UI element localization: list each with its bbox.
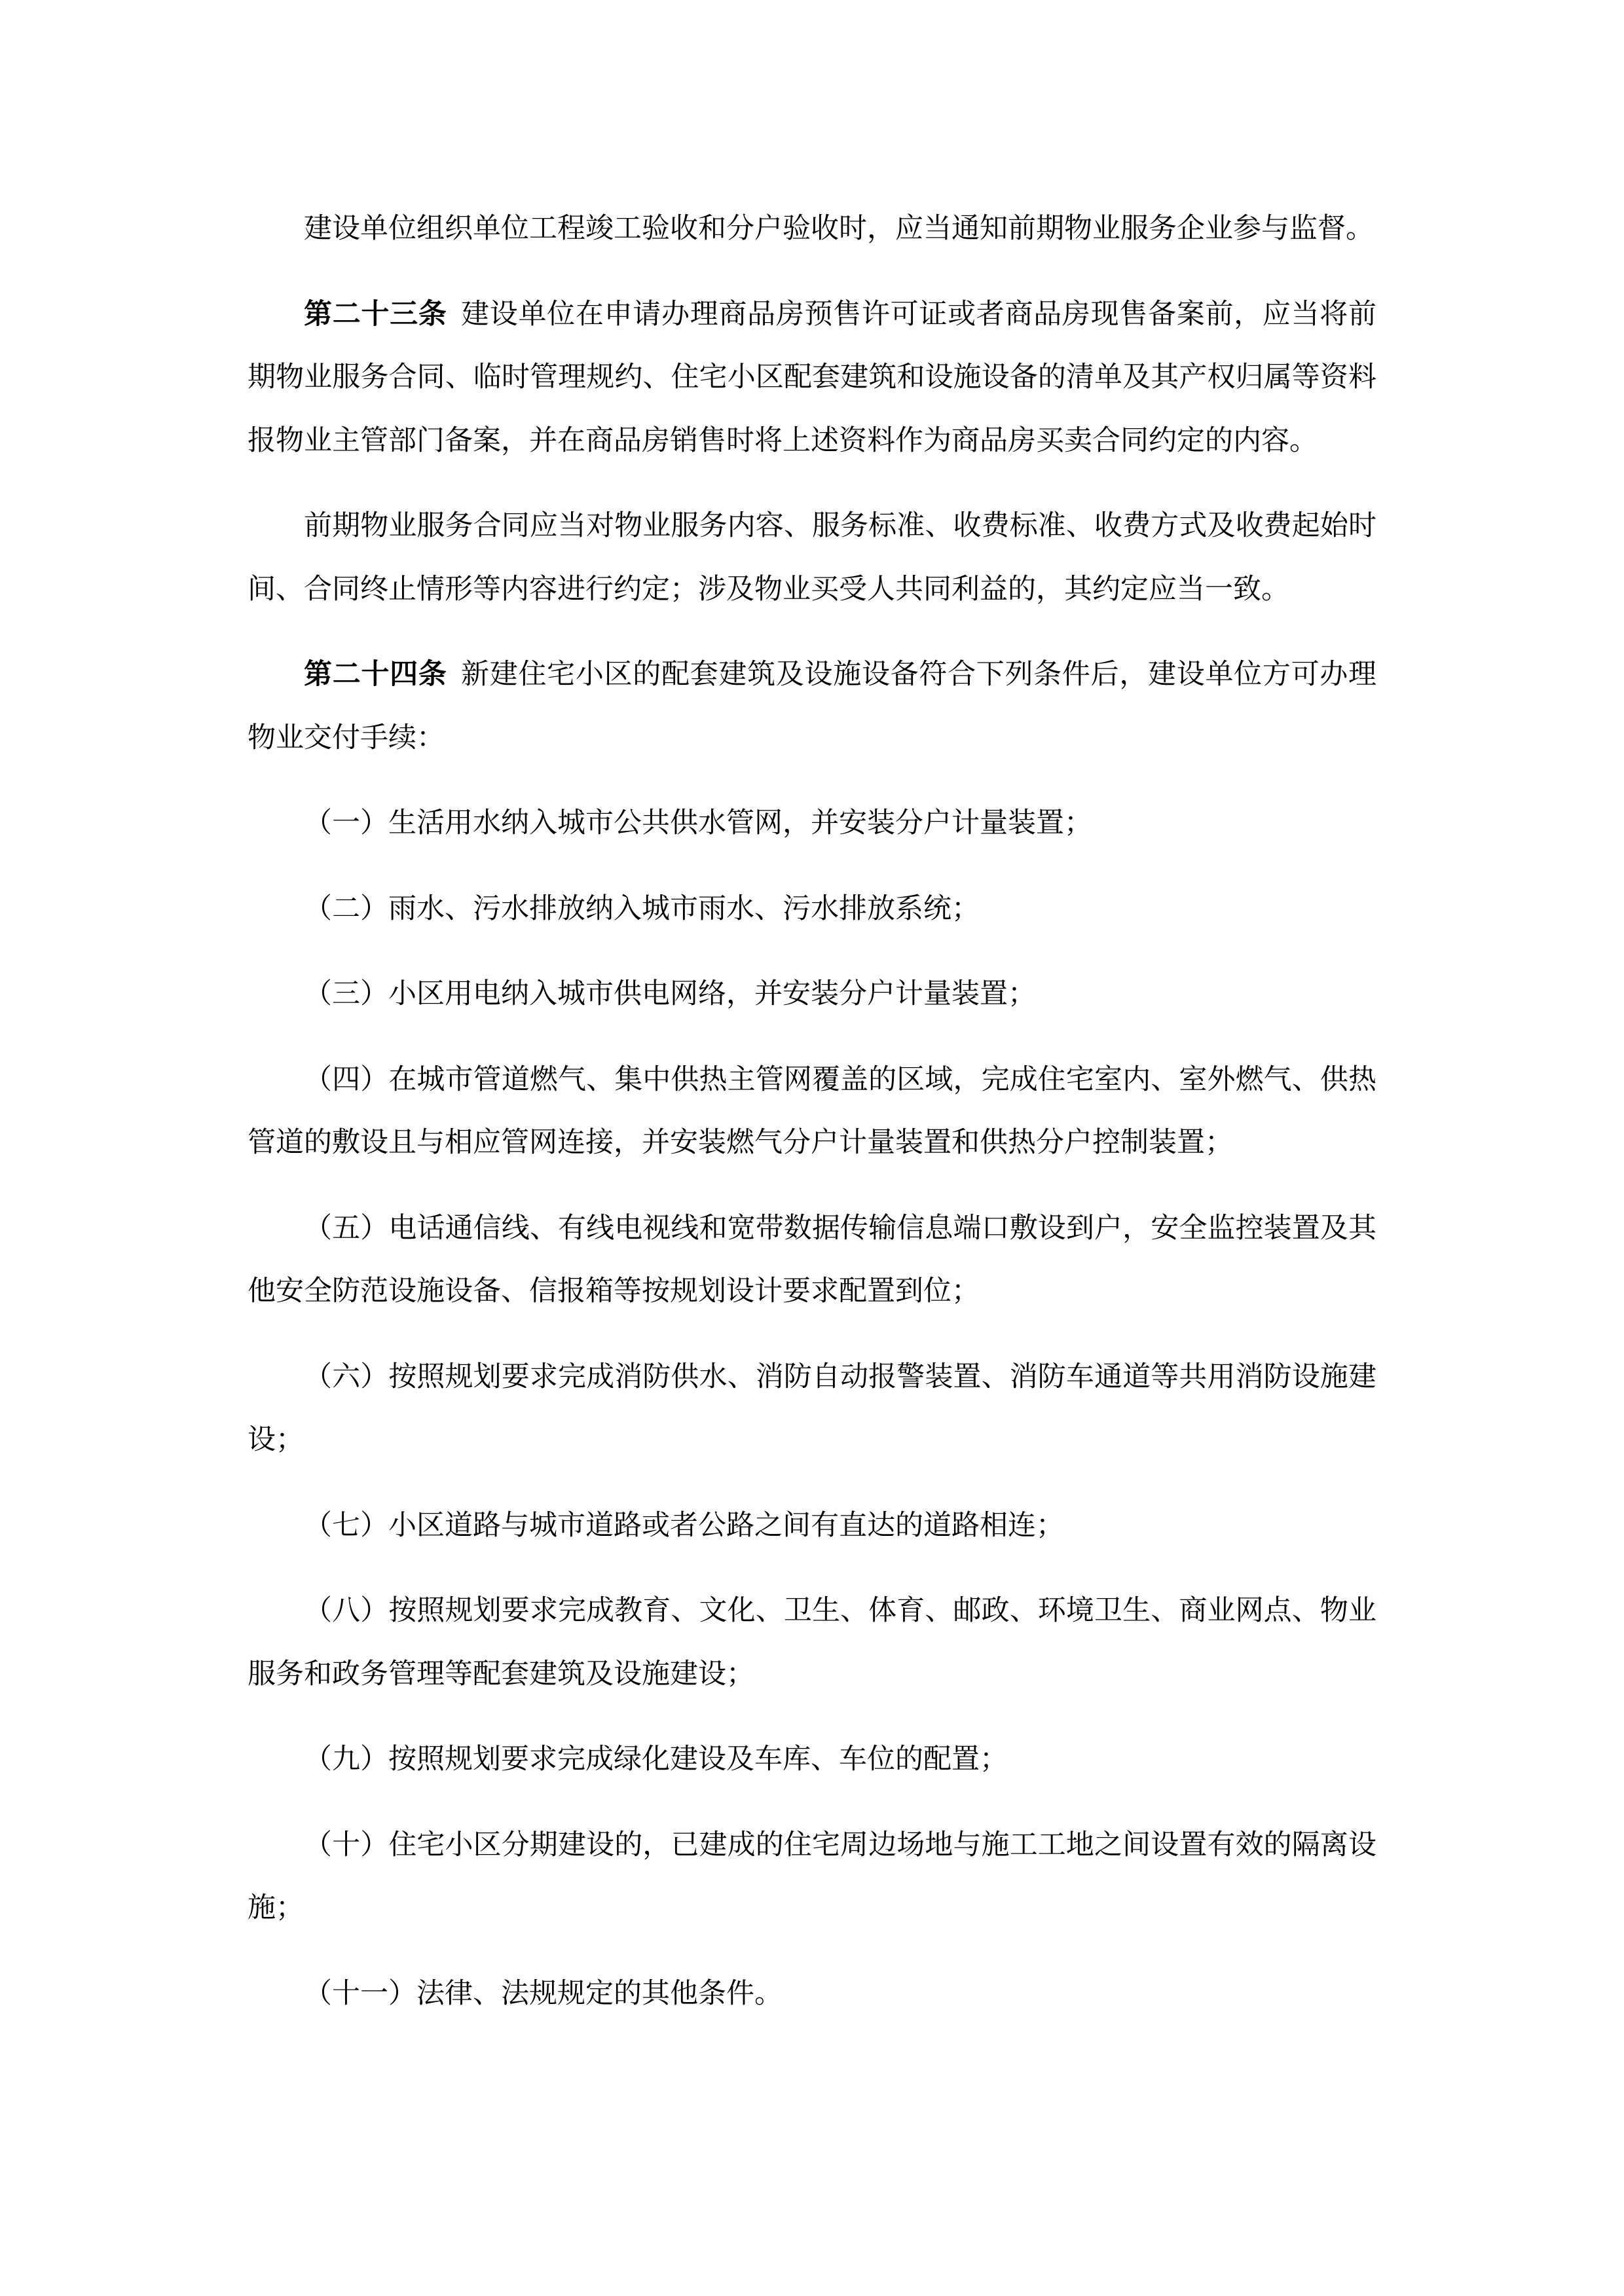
article-paragraph: 第二十三条 建设单位在申请办理商品房预售许可证或者商品房现售备案前，应当将前期物… [248,283,1376,473]
paragraph: （七）小区道路与城市道路或者公路之间有直达的道路相连； [248,1495,1376,1558]
document-page: 建设单位组织单位工程竣工验收和分户验收时，应当通知前期物业服务企业参与监督。第二… [0,0,1624,2296]
article-number: 第二十三条 [304,299,447,330]
article-paragraph: 第二十四条 新建住宅小区的配套建筑及设施设备符合下列条件后，建设单位方可办理物业… [248,644,1376,770]
paragraph: 建设单位组织单位工程竣工验收和分户验收时，应当通知前期物业服务企业参与监督。 [248,198,1376,261]
paragraph: （五）电话通信线、有线电视线和宽带数据传输信息端口敷设到户，安全监控装置及其他安… [248,1197,1376,1324]
paragraph: （一）生活用水纳入城市公共供水管网，并安装分户计量装置； [248,792,1376,856]
paragraph: （十）住宅小区分期建设的，已建成的住宅周边场地与施工工地之间设置有效的隔离设施； [248,1814,1376,1941]
paragraph: （三）小区用电纳入城市供电网络，并安装分户计量装置； [248,963,1376,1027]
paragraph: （六）按照规划要求完成消防供水、消防自动报警装置、消防车通道等共用消防设施建设； [248,1346,1376,1472]
paragraph: （九）按照规划要求完成绿化建设及车库、车位的配置； [248,1728,1376,1792]
paragraph: 前期物业服务合同应当对物业服务内容、服务标准、收费标准、收费方式及收费起始时间、… [248,495,1376,621]
paragraph: （四）在城市管道燃气、集中供热主管网覆盖的区域，完成住宅室内、室外燃气、供热管道… [248,1049,1376,1175]
paragraph: （二）雨水、污水排放纳入城市雨水、污水排放系统； [248,878,1376,941]
paragraph: （十一）法律、法规规定的其他条件。 [248,1963,1376,2026]
paragraph: （八）按照规划要求完成教育、文化、卫生、体育、邮政、环境卫生、商业网点、物业服务… [248,1580,1376,1706]
article-number: 第二十四条 [304,659,447,690]
document-body: 建设单位组织单位工程竣工验收和分户验收时，应当通知前期物业服务企业参与监督。第二… [248,198,1376,2026]
